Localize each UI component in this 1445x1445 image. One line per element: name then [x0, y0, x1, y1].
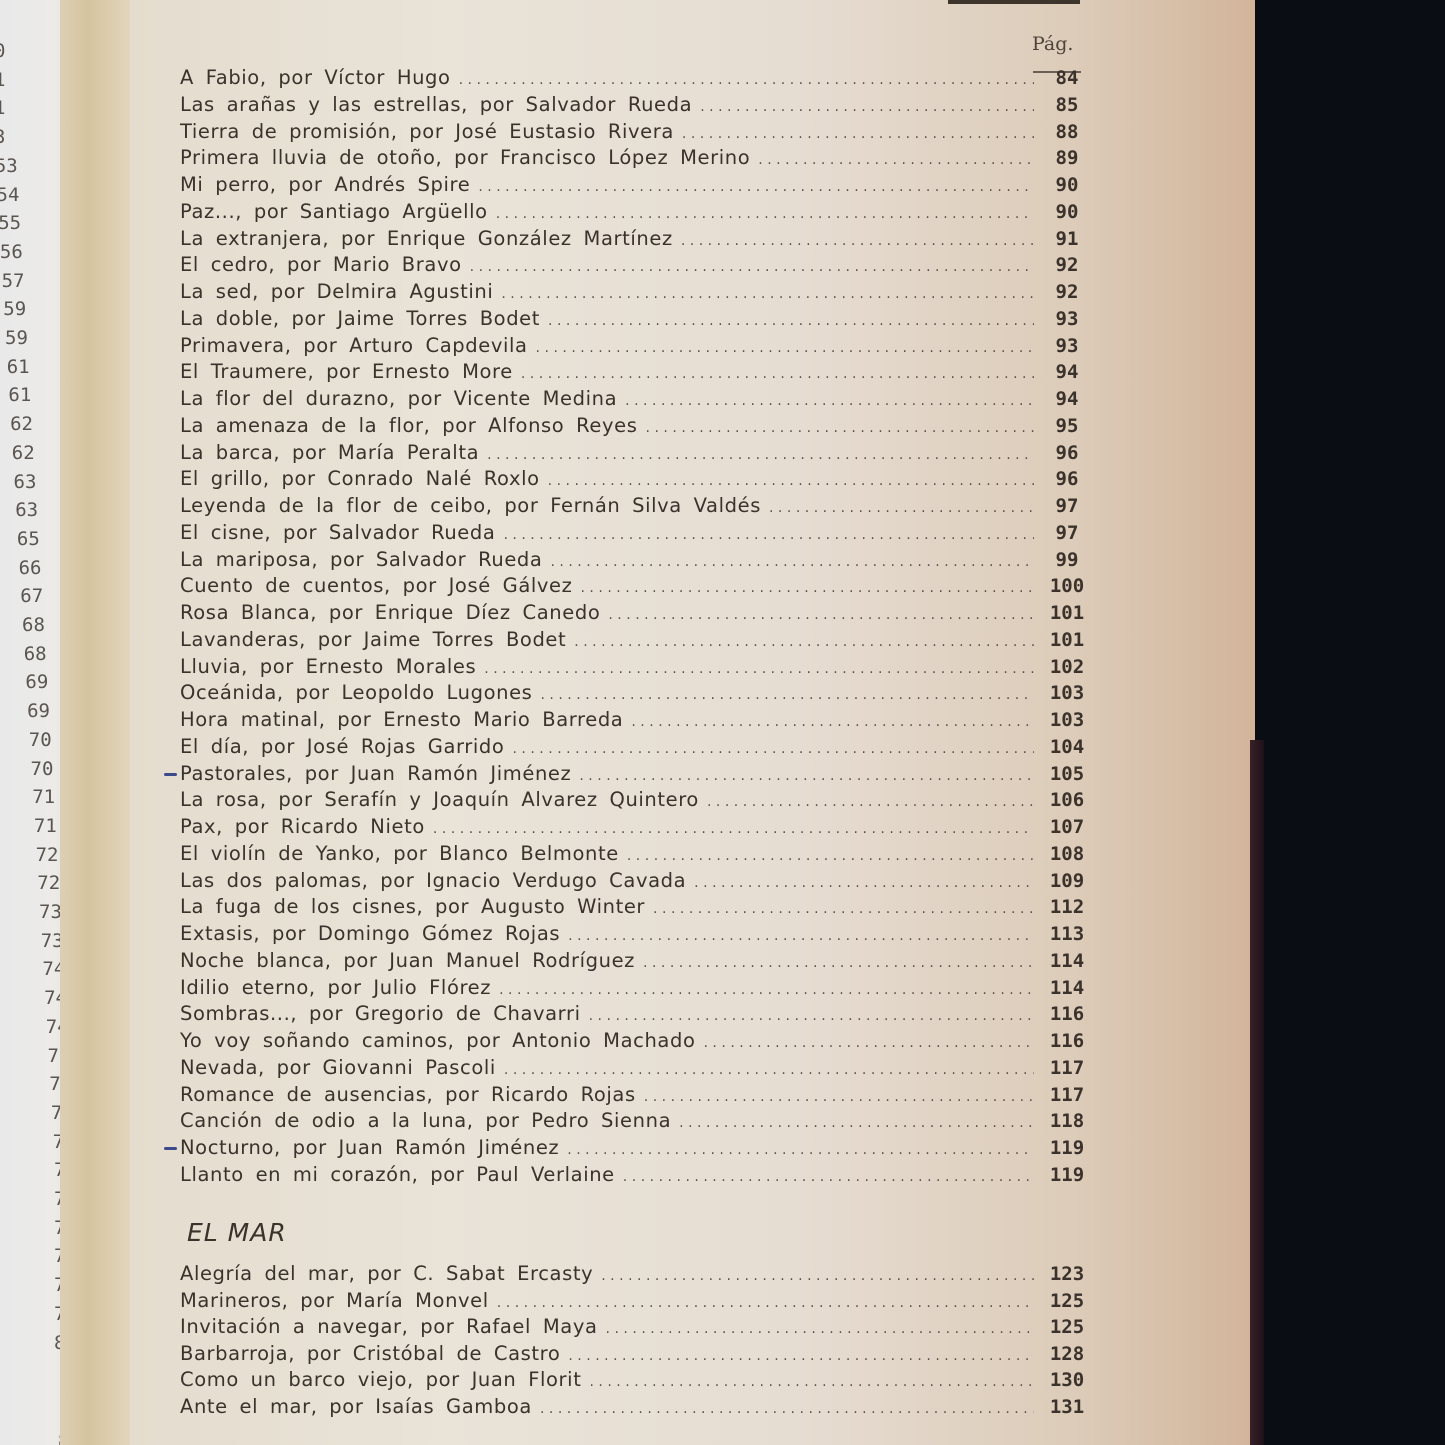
dot-leader [608, 607, 1034, 623]
dot-leader [497, 1295, 1034, 1311]
toc-entry: Idilio eterno, por Julio Flórez114 [180, 976, 1092, 1002]
dot-leader [631, 714, 1034, 730]
toc-entry-title: Romance de ausencias, por Ricardo Rojas [180, 1083, 636, 1106]
toc-entry-page-number: 108 [1042, 843, 1092, 865]
toc-entry: Nocturno, por Juan Ramón Jiménez119 [180, 1136, 1092, 1162]
toc-entry: La amenaza de la flor, por Alfonso Reyes… [180, 414, 1092, 440]
dot-leader [512, 741, 1034, 757]
toc-entry-title: El día, por José Rojas Garrido [180, 735, 504, 758]
toc-entry: La rosa, por Serafín y Joaquín Alvarez Q… [180, 788, 1092, 814]
dot-leader [625, 393, 1034, 409]
toc-entry-title: La extranjera, por Enrique González Mart… [180, 227, 673, 250]
toc-entry-page-number: 114 [1042, 977, 1092, 999]
left-page-number: 66 [19, 557, 42, 579]
dot-leader [504, 1062, 1034, 1078]
pen-mark-icon [164, 1147, 177, 1150]
toc-entry: Sombras..., por Gregorio de Chavarri116 [180, 1002, 1092, 1028]
toc-entry-title: Primera lluvia de otoño, por Francisco L… [180, 146, 750, 169]
toc-entry-title: Cuento de cuentos, por José Gálvez [180, 574, 572, 597]
left-page-number: 0 [0, 40, 5, 62]
toc-entry-title: Pax, por Ricardo Nieto [180, 815, 425, 838]
toc-entry-title: La rosa, por Serafín y Joaquín Alvarez Q… [180, 788, 699, 811]
left-page-number: 54 [0, 184, 19, 206]
dot-leader [540, 1401, 1034, 1417]
toc-entry-title: Llanto en mi corazón, por Paul Verlaine [180, 1163, 615, 1186]
toc-entry-page-number: 89 [1042, 147, 1092, 169]
dot-leader [550, 554, 1034, 570]
dot-leader [503, 527, 1034, 543]
dot-leader [568, 1348, 1034, 1364]
book-cover-edge [1250, 740, 1264, 1445]
toc-entry-page-number: 85 [1042, 94, 1092, 116]
dot-leader [644, 1089, 1034, 1105]
left-page-number: 53 [0, 155, 18, 177]
dot-leader [580, 580, 1034, 596]
toc-entry-page-number: 93 [1042, 308, 1092, 330]
left-page-number: 65 [17, 528, 40, 550]
toc-entry-title: Sombras..., por Gregorio de Chavarri [180, 1002, 581, 1025]
left-page-number: 72 [37, 872, 60, 894]
toc-entry-page-number: 116 [1042, 1030, 1092, 1052]
toc-entry-title: La flor del durazno, por Vicente Medina [180, 387, 617, 410]
toc-entry-page-number: 91 [1042, 228, 1092, 250]
toc-entry-page-number: 117 [1042, 1057, 1092, 1079]
toc-entry-page-number: 96 [1042, 468, 1092, 490]
toc-entry-title: Tierra de promisión, por José Eustasio R… [180, 120, 674, 143]
toc-entry-page-number: 88 [1042, 121, 1092, 143]
toc-entry: La fuga de los cisnes, por Augusto Winte… [180, 895, 1092, 921]
dot-leader [496, 206, 1034, 222]
toc-entry-title: Noche blanca, por Juan Manuel Rodríguez [180, 949, 635, 972]
toc-entry: Alegría del mar, por C. Sabat Ercasty123 [180, 1262, 1092, 1288]
toc-entry-title: Mi perro, por Andrés Spire [180, 173, 470, 196]
toc-entry-page-number: 123 [1042, 1263, 1092, 1285]
dot-leader [499, 982, 1034, 998]
dot-leader [700, 99, 1034, 115]
toc-entry: Invitación a navegar, por Rafael Maya125 [180, 1315, 1092, 1341]
dot-leader [653, 901, 1034, 917]
toc-entry-page-number: 100 [1042, 575, 1092, 597]
toc-entry-title: Pastorales, por Juan Ramón Jiménez [180, 762, 571, 785]
toc-entry-page-number: 125 [1042, 1316, 1092, 1338]
dot-leader [487, 447, 1034, 463]
toc-entry: Romance de ausencias, por Ricardo Rojas1… [180, 1083, 1092, 1109]
dot-leader [568, 928, 1034, 944]
toc-entry: Las arañas y las estrellas, por Salvador… [180, 93, 1092, 119]
toc-entry-page-number: 107 [1042, 816, 1092, 838]
dot-leader [548, 313, 1034, 329]
dot-leader [574, 634, 1034, 650]
toc-entry-page-number: 103 [1042, 682, 1092, 704]
toc-entry: Cuento de cuentos, por José Gálvez100 [180, 574, 1092, 600]
toc-entry: Las dos palomas, por Ignacio Verdugo Cav… [180, 869, 1092, 895]
toc-entry-title: Paz..., por Santiago Argüello [180, 200, 488, 223]
left-page-number: 71 [32, 786, 55, 808]
toc-entry-title: Nocturno, por Juan Ramón Jiménez [180, 1136, 559, 1159]
section-title-el-mar: EL MAR [187, 1218, 287, 1247]
toc-entry: Canción de odio a la luna, por Pedro Sie… [180, 1109, 1092, 1135]
left-page-number: 62 [10, 413, 33, 435]
toc-entry-title: Yo voy soñando caminos, por Antonio Mach… [180, 1029, 695, 1052]
toc-entry-page-number: 97 [1042, 522, 1092, 544]
toc-entry-title: Lluvia, por Ernesto Morales [180, 655, 476, 678]
dot-leader [703, 1035, 1034, 1051]
toc-entry: Pax, por Ricardo Nieto107 [180, 815, 1092, 841]
toc-entry-page-number: 105 [1042, 763, 1092, 785]
toc-entry-title: Rosa Blanca, por Enrique Díez Canedo [180, 601, 600, 624]
left-page-number: 72 [36, 844, 59, 866]
left-page-number: 61 [7, 356, 30, 378]
toc-entry: Primera lluvia de otoño, por Francisco L… [180, 146, 1092, 172]
toc-entry: A Fabio, por Víctor Hugo84 [180, 66, 1092, 92]
toc-entry-title: La fuga de los cisnes, por Augusto Winte… [180, 895, 645, 918]
toc-entry-page-number: 92 [1042, 254, 1092, 276]
dot-leader [694, 875, 1034, 891]
toc-entry-page-number: 113 [1042, 923, 1092, 945]
left-page-number: 55 [0, 212, 21, 234]
top-rule [948, 0, 1080, 4]
toc-entry-page-number: 102 [1042, 656, 1092, 678]
toc-entry-page-number: 93 [1042, 335, 1092, 357]
toc-entry-page-number: 101 [1042, 602, 1092, 624]
toc-entry-title: Canción de odio a la luna, por Pedro Sie… [180, 1109, 671, 1132]
toc-entry: Llanto en mi corazón, por Paul Verlaine1… [180, 1163, 1092, 1189]
dot-leader [540, 687, 1034, 703]
toc-entry-page-number: 94 [1042, 361, 1092, 383]
toc-entry: Tierra de promisión, por José Eustasio R… [180, 120, 1092, 146]
left-page-number: 73 [39, 901, 62, 923]
dot-leader [433, 821, 1034, 837]
toc-entry-title: Invitación a navegar, por Rafael Maya [180, 1315, 598, 1338]
dot-leader [589, 1008, 1034, 1024]
toc-entry-page-number: 90 [1042, 201, 1092, 223]
toc-entry: Nevada, por Giovanni Pascoli117 [180, 1056, 1092, 1082]
dot-leader [548, 473, 1034, 489]
toc-entry-title: Primavera, por Arturo Capdevila [180, 334, 528, 357]
toc-entry-title: El grillo, por Conrado Nalé Roxlo [180, 467, 540, 490]
left-page-number: 62 [12, 442, 35, 464]
toc-entry: La sed, por Delmira Agustini92 [180, 280, 1092, 306]
left-page-number: 59 [3, 298, 26, 320]
toc-entry: Primavera, por Arturo Capdevila93 [180, 334, 1092, 360]
toc-entry-page-number: 125 [1042, 1290, 1092, 1312]
left-page-number: 70 [29, 729, 52, 751]
toc-entry: Lluvia, por Ernesto Morales102 [180, 655, 1092, 681]
toc-entry-title: Alegría del mar, por C. Sabat Ercasty [180, 1262, 593, 1285]
left-page-number: 63 [15, 499, 38, 521]
left-page-number: 59 [5, 327, 28, 349]
toc-entry-title: La mariposa, por Salvador Rueda [180, 548, 542, 571]
toc-entry-title: Como un barco viejo, por Juan Florit [180, 1368, 581, 1391]
toc-entry-page-number: 97 [1042, 495, 1092, 517]
toc-entry-page-number: 116 [1042, 1003, 1092, 1025]
toc-entry-page-number: 131 [1042, 1396, 1092, 1418]
toc-entry: El cisne, por Salvador Rueda97 [180, 521, 1092, 547]
toc-entry-title: Idilio eterno, por Julio Flórez [180, 976, 491, 999]
dot-leader [627, 848, 1034, 864]
toc-entry-page-number: 114 [1042, 950, 1092, 972]
toc-entry-page-number: 84 [1042, 67, 1092, 89]
dot-leader [521, 366, 1034, 382]
left-page-number: 69 [27, 700, 50, 722]
dot-leader [478, 179, 1034, 195]
toc-entry: La extranjera, por Enrique González Mart… [180, 227, 1092, 253]
toc-entry: Yo voy soñando caminos, por Antonio Mach… [180, 1029, 1092, 1055]
toc-entry-title: Nevada, por Giovanni Pascoli [180, 1056, 496, 1079]
toc-entry: La doble, por Jaime Torres Bodet93 [180, 307, 1092, 333]
dot-leader [501, 286, 1034, 302]
left-page-number: 67 [20, 585, 43, 607]
toc-entry-page-number: 119 [1042, 1164, 1092, 1186]
toc-entry: El cedro, por Mario Bravo92 [180, 253, 1092, 279]
toc-entry: El día, por José Rojas Garrido104 [180, 735, 1092, 761]
toc-entry-title: La barca, por María Peralta [180, 441, 479, 464]
left-page-number: 63 [14, 471, 37, 493]
toc-entry: La mariposa, por Salvador Rueda99 [180, 548, 1092, 574]
toc-entry-title: Las arañas y las estrellas, por Salvador… [180, 93, 692, 116]
dot-leader [470, 259, 1034, 275]
dot-leader [606, 1321, 1034, 1337]
toc-entry: Noche blanca, por Juan Manuel Rodríguez1… [180, 949, 1092, 975]
left-page-number: 68 [24, 643, 47, 665]
dot-leader [579, 768, 1034, 784]
toc-entry-title: Marineros, por María Monvel [180, 1289, 489, 1312]
dot-leader [484, 661, 1034, 677]
pen-mark-icon [164, 773, 177, 776]
toc-entry-page-number: 104 [1042, 736, 1092, 758]
toc-entry-title: El violín de Yanko, por Blanco Belmonte [180, 842, 619, 865]
left-page-number: 70 [31, 758, 54, 780]
toc-entry-page-number: 101 [1042, 629, 1092, 651]
toc-entry: La flor del durazno, por Vicente Medina9… [180, 387, 1092, 413]
toc-entry: El Traumere, por Ernesto More94 [180, 360, 1092, 386]
toc-entry: Ante el mar, por Isaías Gamboa131 [180, 1395, 1092, 1421]
toc-entry-title: El cisne, por Salvador Rueda [180, 521, 495, 544]
dot-leader [459, 72, 1034, 88]
toc-entry-title: La doble, por Jaime Torres Bodet [180, 307, 540, 330]
left-page-number: 69 [25, 671, 48, 693]
dot-leader [682, 126, 1034, 142]
toc-entry: Oceánida, por Leopoldo Lugones103 [180, 681, 1092, 707]
dot-leader [646, 420, 1034, 436]
toc-entry-page-number: 109 [1042, 870, 1092, 892]
toc-entry-title: La amenaza de la flor, por Alfonso Reyes [180, 414, 638, 437]
toc-entry-title: El cedro, por Mario Bravo [180, 253, 462, 276]
dot-leader [681, 233, 1034, 249]
dot-leader [567, 1142, 1034, 1158]
toc-entry: Leyenda de la flor de ceibo, por Fernán … [180, 494, 1092, 520]
toc-entry-title: La sed, por Delmira Agustini [180, 280, 493, 303]
dot-leader [601, 1268, 1034, 1284]
left-page-number: 71 [34, 815, 57, 837]
left-page-number: 56 [0, 241, 23, 263]
toc-entry-page-number: 106 [1042, 789, 1092, 811]
toc-entry-title: Barbarroja, por Cristóbal de Castro [180, 1342, 560, 1365]
toc-entry-page-number: 117 [1042, 1084, 1092, 1106]
toc-entry-page-number: 130 [1042, 1369, 1092, 1391]
dot-leader [707, 794, 1034, 810]
toc-entry-title: Extasis, por Domingo Gómez Rojas [180, 922, 560, 945]
toc-entry-page-number: 99 [1042, 549, 1092, 571]
toc-entry: Como un barco viejo, por Juan Florit130 [180, 1368, 1092, 1394]
toc-entry: Paz..., por Santiago Argüello90 [180, 200, 1092, 226]
toc-entry: Rosa Blanca, por Enrique Díez Canedo101 [180, 601, 1092, 627]
dot-leader [589, 1374, 1034, 1390]
toc-entry: El grillo, por Conrado Nalé Roxlo96 [180, 467, 1092, 493]
book-gutter [60, 0, 130, 1445]
toc-entry-page-number: 92 [1042, 281, 1092, 303]
left-page-number: 1 [0, 69, 5, 91]
toc-entry: Hora matinal, por Ernesto Mario Barreda1… [180, 708, 1092, 734]
toc-entry: Extasis, por Domingo Gómez Rojas113 [180, 922, 1092, 948]
dot-leader [758, 152, 1034, 168]
toc-entry-page-number: 95 [1042, 415, 1092, 437]
left-page-number: 3 [0, 126, 5, 148]
toc-entry-title: Lavanderas, por Jaime Torres Bodet [180, 628, 566, 651]
toc-entry: Mi perro, por Andrés Spire90 [180, 173, 1092, 199]
toc-entry-title: Leyenda de la flor de ceibo, por Fernán … [180, 494, 761, 517]
toc-entry-page-number: 94 [1042, 388, 1092, 410]
toc-entry: Barbarroja, por Cristóbal de Castro128 [180, 1342, 1092, 1368]
left-page-number: 57 [2, 270, 25, 292]
left-page-number: 1 [0, 97, 5, 119]
dot-leader [679, 1115, 1034, 1131]
toc-entry-title: Las dos palomas, por Ignacio Verdugo Cav… [180, 869, 686, 892]
toc-entry: La barca, por María Peralta96 [180, 441, 1092, 467]
toc-entry-page-number: 119 [1042, 1137, 1092, 1159]
page-column-header: Pág. [1032, 33, 1073, 55]
toc-entry: Pastorales, por Juan Ramón Jiménez105 [180, 762, 1092, 788]
left-page-number: 61 [8, 384, 31, 406]
toc-entry-page-number: 112 [1042, 896, 1092, 918]
toc-entry-page-number: 118 [1042, 1110, 1092, 1132]
toc-entry-title: Hora matinal, por Ernesto Mario Barreda [180, 708, 623, 731]
dot-leader [623, 1169, 1034, 1185]
toc-entry-page-number: 103 [1042, 709, 1092, 731]
dot-leader [536, 340, 1034, 356]
toc-entry-title: A Fabio, por Víctor Hugo [180, 66, 451, 89]
toc-entry-title: Oceánida, por Leopoldo Lugones [180, 681, 532, 704]
toc-entry: El violín de Yanko, por Blanco Belmonte1… [180, 842, 1092, 868]
dot-leader [769, 500, 1034, 516]
toc-entry-title: Ante el mar, por Isaías Gamboa [180, 1395, 532, 1418]
toc-entry-page-number: 96 [1042, 442, 1092, 464]
dot-leader [643, 955, 1034, 971]
toc-entry: Lavanderas, por Jaime Torres Bodet101 [180, 628, 1092, 654]
toc-entry: Marineros, por María Monvel125 [180, 1289, 1092, 1315]
toc-entry-page-number: 128 [1042, 1343, 1092, 1365]
left-page-number: 68 [22, 614, 45, 636]
toc-entry-page-number: 90 [1042, 174, 1092, 196]
toc-entry-title: El Traumere, por Ernesto More [180, 360, 513, 383]
